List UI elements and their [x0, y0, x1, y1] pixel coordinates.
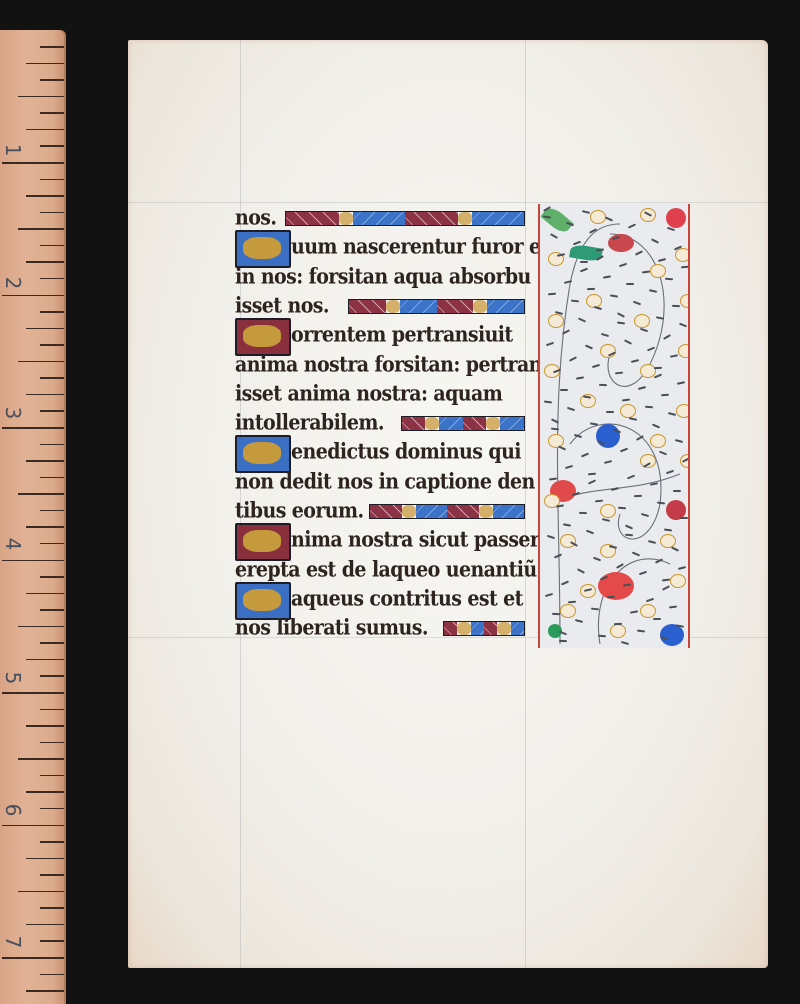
ruler-tick	[40, 79, 64, 81]
ruler-tick	[18, 361, 64, 363]
ruler-tick	[40, 311, 64, 313]
ruler-tick	[26, 593, 64, 595]
ruler-tick	[26, 858, 64, 860]
gold-leaf-icon	[243, 237, 281, 259]
hairline-spray-icon	[560, 389, 568, 391]
ruler-tick	[40, 742, 64, 744]
gold-ivy-leaf-icon	[590, 210, 606, 224]
ruler-label: 7	[1, 931, 25, 953]
hairline-spray-icon	[672, 305, 680, 307]
hairline-spray-icon	[614, 623, 622, 625]
ruler-label: 2	[1, 272, 25, 294]
ruler-tick	[40, 974, 64, 976]
gold-ivy-leaf-icon	[620, 404, 636, 418]
gold-ivy-leaf-icon	[660, 534, 676, 548]
ruler-tick	[18, 758, 64, 760]
ruler-tick	[40, 808, 64, 810]
illuminated-initial-a	[235, 523, 291, 561]
gold-ivy-leaf-icon	[676, 404, 690, 418]
ruler-tick	[26, 129, 64, 131]
ruler-tick	[40, 675, 64, 677]
ruler-tick	[40, 212, 64, 214]
ruler-tick	[26, 460, 64, 462]
gold-ivy-leaf-icon	[610, 624, 626, 638]
ruler-tick	[40, 344, 64, 346]
ruler-tick	[40, 940, 64, 942]
hairline-spray-icon	[606, 411, 614, 413]
ruler-tick	[18, 228, 64, 230]
hairline-spray-icon	[559, 640, 567, 642]
gold-ivy-leaf-icon	[678, 344, 690, 358]
ruler-tick	[18, 96, 64, 98]
hairline-spray-icon	[607, 596, 615, 598]
ruler-tick	[2, 295, 64, 297]
gold-ivy-leaf-icon	[640, 604, 656, 618]
ruler-tick	[40, 709, 64, 711]
hairline-spray-icon	[552, 613, 560, 615]
illuminated-initial-b	[235, 435, 291, 473]
hairline-spray-icon	[654, 367, 662, 369]
ruler-tick	[40, 576, 64, 578]
hairline-spray-icon	[580, 261, 588, 263]
ruler-tick	[2, 825, 64, 827]
line-filler	[401, 416, 526, 431]
text-line: nos liberati sumus.	[235, 615, 428, 650]
hairline-spray-icon	[587, 288, 595, 290]
gold-ivy-leaf-icon	[670, 574, 686, 588]
ruler-tick	[26, 261, 64, 263]
ruler-tick	[40, 510, 64, 512]
line-filler	[443, 621, 526, 636]
gold-leaf-icon	[243, 589, 281, 611]
ruler-tick	[40, 245, 64, 247]
ruler-tick	[40, 775, 64, 777]
gold-ivy-leaf-icon	[560, 604, 576, 618]
ruler-tick	[2, 162, 64, 164]
decorated-border	[538, 204, 690, 648]
line-filler	[285, 211, 525, 226]
gold-leaf-icon	[243, 442, 281, 464]
ruler-tick	[40, 609, 64, 611]
gold-ivy-leaf-icon	[650, 434, 666, 448]
ruler-tick	[26, 328, 64, 330]
ruler-tick	[40, 46, 64, 48]
ruler-label: 1	[1, 139, 25, 161]
blue-berry-icon	[660, 624, 684, 646]
illuminated-initial-t	[235, 318, 291, 356]
ruler-tick	[2, 427, 64, 429]
gold-ivy-leaf-icon	[600, 504, 616, 518]
ruler-tick	[40, 179, 64, 181]
ruler-tick	[26, 659, 64, 661]
gold-leaf-icon	[243, 530, 281, 552]
ruler-tick	[26, 924, 64, 926]
hairline-spray-icon	[599, 384, 607, 386]
ruler-label: 4	[1, 533, 25, 555]
ruler-tick	[26, 990, 64, 992]
ruling-line	[128, 202, 768, 203]
ruler-tick	[40, 874, 64, 876]
ruler-tick	[40, 642, 64, 644]
blue-berry-icon	[596, 424, 620, 448]
hairline-spray-icon	[680, 517, 688, 519]
ruler: 1234567	[0, 30, 66, 1004]
gold-leaf-icon	[243, 325, 281, 347]
ruler-label: 5	[1, 667, 25, 689]
hairline-spray-icon	[653, 618, 661, 620]
ruler-tick	[18, 493, 64, 495]
ruler-tick	[40, 377, 64, 379]
red-berry-icon	[666, 208, 686, 228]
gold-ivy-leaf-icon	[548, 314, 564, 328]
line-filler	[369, 504, 525, 519]
ruler-tick	[40, 477, 64, 479]
ruling-line	[525, 40, 526, 968]
ruler-tick	[18, 626, 64, 628]
ruler-tick	[2, 957, 64, 959]
ruler-label: 3	[1, 402, 25, 424]
ruler-tick	[40, 907, 64, 909]
hairline-spray-icon	[634, 495, 642, 497]
ruler-tick	[26, 195, 64, 197]
ruler-tick	[40, 410, 64, 412]
line-filler	[348, 299, 525, 314]
ruler-tick	[26, 791, 64, 793]
ruler-tick	[2, 560, 64, 562]
red-thistle-icon	[608, 234, 634, 252]
ruler-tick	[26, 526, 64, 528]
gold-ivy-leaf-icon	[675, 248, 690, 262]
ruler-tick	[40, 543, 64, 545]
ruler-tick	[40, 841, 64, 843]
ruler-tick	[40, 112, 64, 114]
ruler-tick	[2, 692, 64, 694]
illuminated-initial-c	[235, 230, 291, 268]
gold-ivy-leaf-icon	[560, 534, 576, 548]
ruler-tick	[40, 278, 64, 280]
gold-ivy-leaf-icon	[680, 294, 690, 308]
gold-ivy-leaf-icon	[650, 264, 666, 278]
ruler-tick	[18, 891, 64, 893]
ruler-tick	[26, 63, 64, 65]
ruler-tick	[26, 725, 64, 727]
hairline-spray-icon	[626, 283, 634, 285]
hairline-spray-icon	[579, 512, 587, 514]
ruler-tick	[26, 394, 64, 396]
hairline-spray-icon	[673, 490, 681, 492]
gold-ivy-leaf-icon	[634, 314, 650, 328]
ruler-tick	[40, 145, 64, 147]
ruler-label: 6	[1, 799, 25, 821]
ruler-tick	[40, 444, 64, 446]
